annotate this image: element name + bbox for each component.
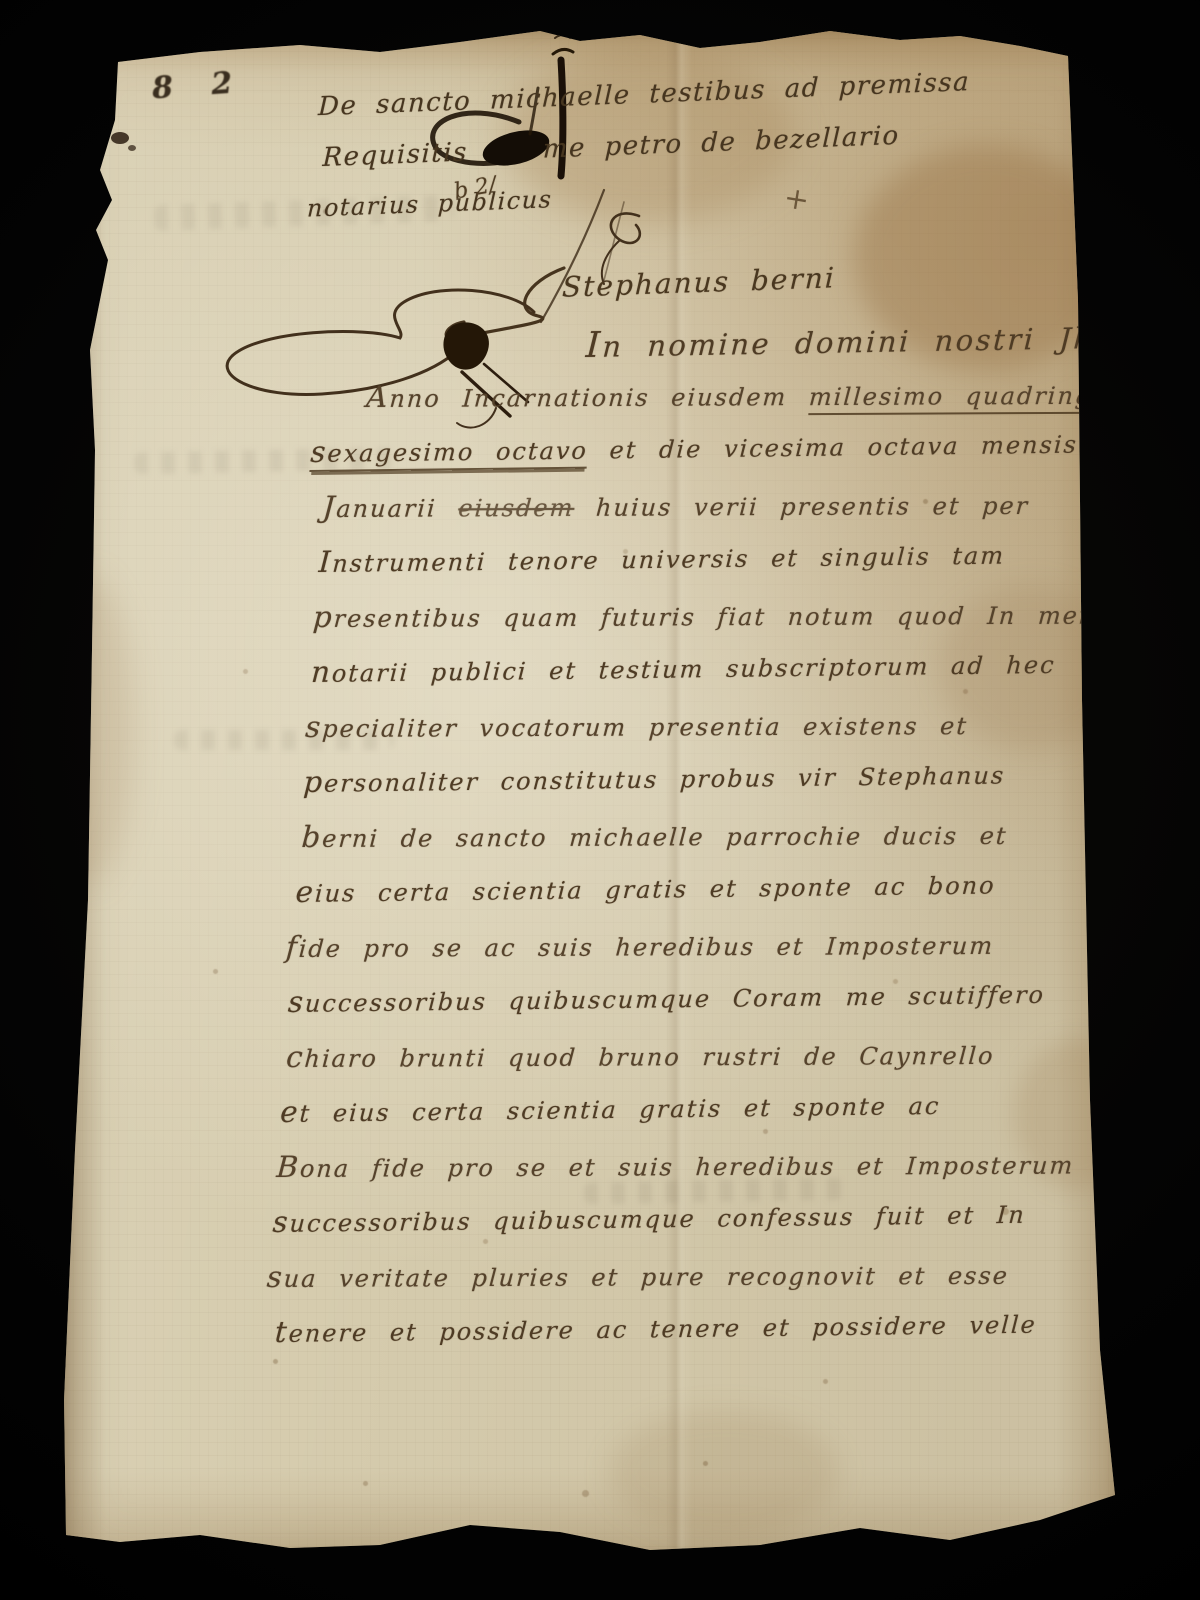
body-line: personaliter constitutus probus vir Step… <box>301 755 1085 820</box>
body-line: In nomine domini nostri Jhesu Xpi amen <box>584 316 1115 380</box>
body-line: eius certa scientia gratis et sponte ac … <box>294 865 1078 930</box>
body-line: sexagesimo octavo et die vicesima octava… <box>308 425 1108 490</box>
manuscript-page: 8 2 De sancto michaelle testibus ad prem… <box>64 30 1120 1560</box>
body-line: notarii publici et testium subscriptorum… <box>309 645 1093 710</box>
body-line: et eius certa scientia gratis et sponte … <box>278 1085 1062 1150</box>
foxing-specks <box>64 30 67 33</box>
body-text: In nomine domini nostri Jhesu Xpi amenAn… <box>262 325 1115 1370</box>
body-line: successoribus quibuscumque confessus fui… <box>270 1195 1054 1260</box>
archive-ink-mark: 8 2 <box>151 65 247 106</box>
edge-ink-spot <box>111 132 136 151</box>
body-line: successoribus quibuscumque Coram me scut… <box>286 975 1070 1040</box>
docket-header: De sancto michaelle testibus ad premissa… <box>314 68 958 246</box>
body-line: Instrumenti tenore universis et singulis… <box>317 535 1101 600</box>
body-line: tenere et possidere ac tenere et posside… <box>273 1306 1047 1370</box>
photo-background: 8 2 De sancto michaelle testibus ad prem… <box>0 0 1200 1600</box>
